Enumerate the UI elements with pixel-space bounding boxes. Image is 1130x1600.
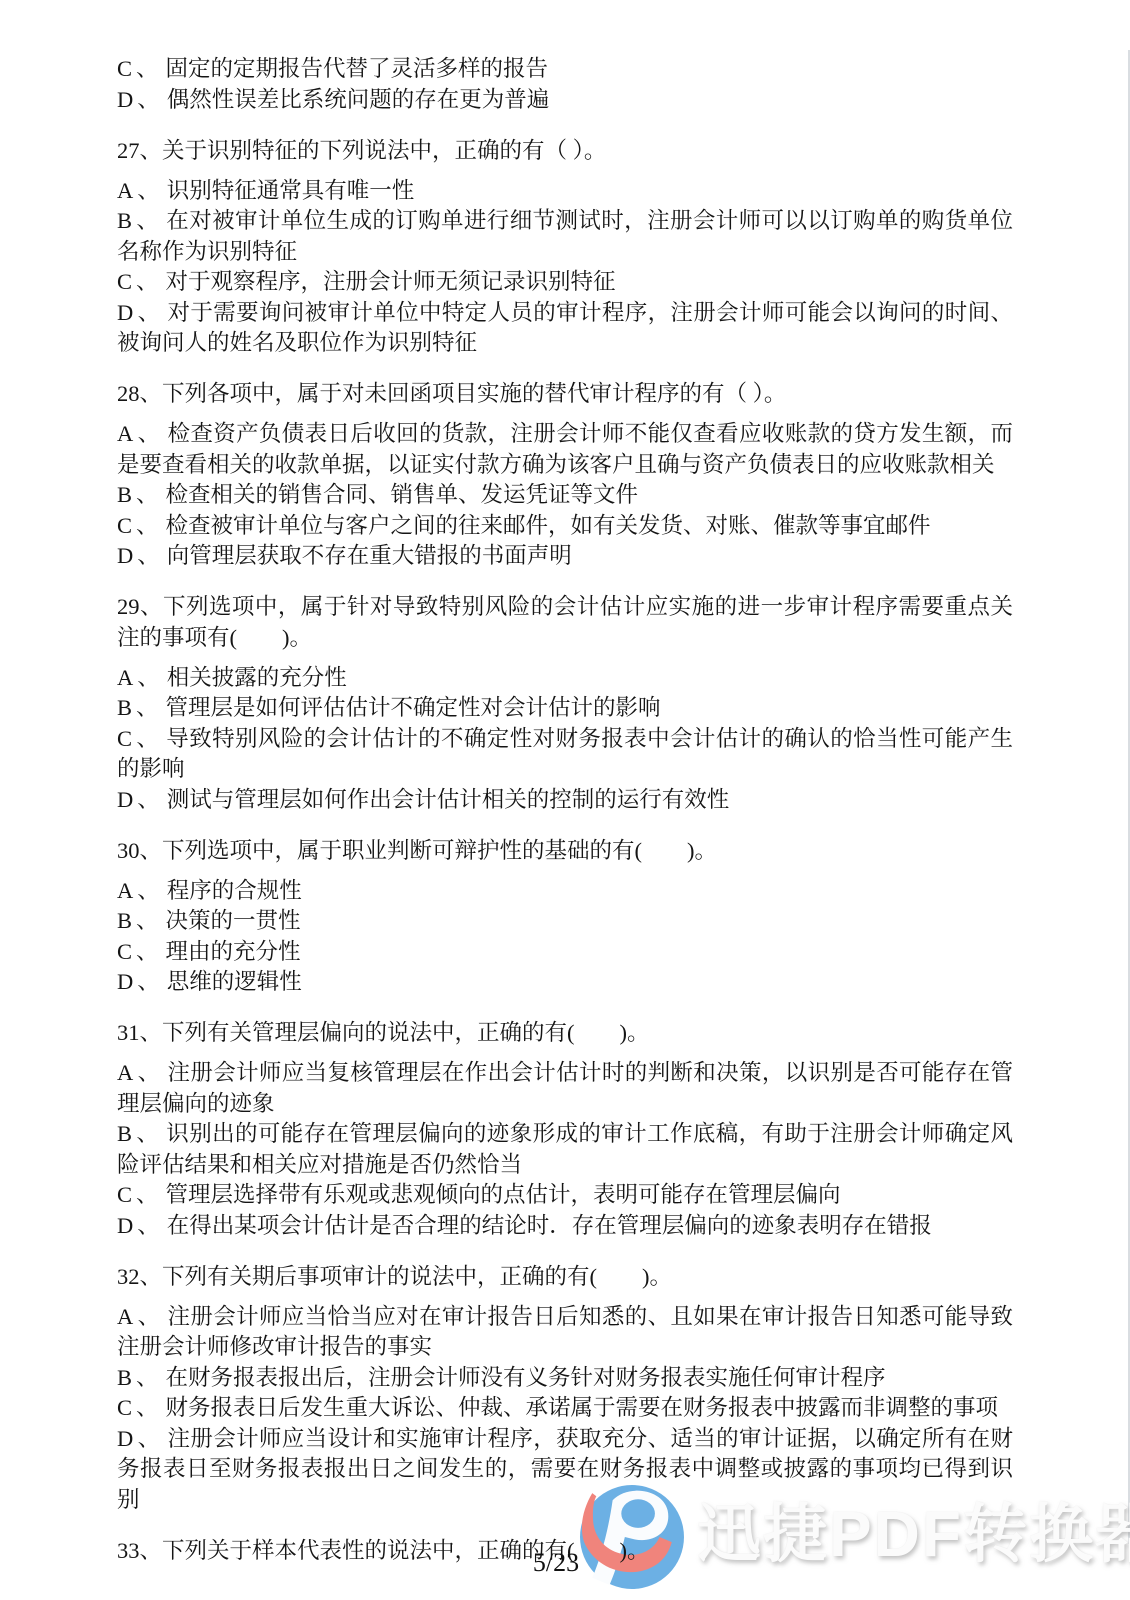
option-label: B、 (117, 1365, 163, 1390)
option-label: C、 (117, 939, 163, 964)
question-stem: 32、下列有关期后事项审计的说法中，正确的有( )。 (117, 1262, 1013, 1293)
option-text: 识别出的可能存在管理层偏向的迹象形成的审计工作底稿，有助于注册会计师确定风险评估… (117, 1121, 1013, 1177)
option-text: 在得出某项会计估计是否合理的结论时．存在管理层偏向的迹象表明存在错报 (167, 1213, 932, 1238)
question-block: 27、关于识别特征的下列说法中，正确的有（ ）。A、识别特征通常具有唯一性B、在… (117, 136, 1013, 359)
option-line: C、固定的定期报告代替了灵活多样的报告 (117, 54, 1013, 85)
option-text: 注册会计师应当复核管理层在作出会计估计时的判断和决策，以识别是否可能存在管理层偏… (117, 1060, 1013, 1116)
option-line: C、检查被审计单位与客户之间的往来邮件，如有关发货、对账、催款等事宜邮件 (117, 511, 1013, 542)
option-label: B、 (117, 482, 163, 507)
option-text: 思维的逻辑性 (167, 969, 302, 994)
option-line: C、对于观察程序，注册会计师无须记录识别特征 (117, 267, 1013, 298)
option-text: 在对被审计单位生成的订购单进行细节测试时，注册会计师可以以订购单的购货单位名称作… (117, 208, 1013, 264)
option-line: A、检查资产负债表日后收回的货款，注册会计师不能仅查看应收账款的贷方发生额，而是… (117, 419, 1013, 480)
option-text: 偶然性误差比系统问题的存在更为普遍 (167, 87, 550, 112)
option-label: C、 (117, 726, 163, 751)
option-line: A、程序的合规性 (117, 876, 1013, 907)
option-text: 财务报表日后发生重大诉讼、仲裁、承诺属于需要在财务报表中披露而非调整的事项 (166, 1395, 999, 1420)
option-text: 检查资产负债表日后收回的货款，注册会计师不能仅查看应收账款的贷方发生额，而是要查… (117, 421, 1013, 477)
option-label: D、 (117, 87, 164, 112)
option-line: C、财务报表日后发生重大诉讼、仲裁、承诺属于需要在财务报表中披露而非调整的事项 (117, 1393, 1013, 1424)
question-block: 31、下列有关管理层偏向的说法中，正确的有( )。A、注册会计师应当复核管理层在… (117, 1018, 1013, 1241)
question-block: 29、下列选项中，属于针对导致特别风险的会计估计应实施的进一步审计程序需要重点关… (117, 592, 1013, 815)
page-number: 5/23 (0, 1548, 1112, 1578)
option-label: A、 (117, 421, 164, 446)
option-text: 向管理层获取不存在重大错报的书面声明 (167, 543, 572, 568)
option-label: A、 (117, 665, 164, 690)
option-line: C、导致特别风险的会计估计的不确定性对财务报表中会计估计的确认的恰当性可能产生的… (117, 724, 1013, 785)
option-line: B、识别出的可能存在管理层偏向的迹象形成的审计工作底稿，有助于注册会计师确定风险… (117, 1119, 1013, 1180)
option-line: C、管理层选择带有乐观或悲观倾向的点估计，表明可能存在管理层偏向 (117, 1180, 1013, 1211)
option-line: B、检查相关的销售合同、销售单、发运凭证等文件 (117, 480, 1013, 511)
question-block: 32、下列有关期后事项审计的说法中，正确的有( )。A、注册会计师应当恰当应对在… (117, 1262, 1013, 1516)
option-text: 决策的一贯性 (166, 908, 301, 933)
option-text: 测试与管理层如何作出会计估计相关的控制的运行有效性 (167, 787, 730, 812)
option-label: C、 (117, 1182, 163, 1207)
option-line: D、在得出某项会计估计是否合理的结论时．存在管理层偏向的迹象表明存在错报 (117, 1211, 1013, 1242)
option-line: B、管理层是如何评估估计不确定性对会计估计的影响 (117, 693, 1013, 724)
option-text: 对于需要询问被审计单位中特定人员的审计程序，注册会计师可能会以询问的时间、被询问… (117, 300, 1013, 356)
option-line: B、在对被审计单位生成的订购单进行细节测试时，注册会计师可以以订购单的购货单位名… (117, 206, 1013, 267)
option-text: 理由的充分性 (166, 939, 301, 964)
option-text: 固定的定期报告代替了灵活多样的报告 (166, 56, 549, 81)
option-line: D、向管理层获取不存在重大错报的书面声明 (117, 541, 1013, 572)
option-label: D、 (117, 787, 164, 812)
option-label: B、 (117, 1121, 163, 1146)
document-page: 迅捷PDF转换器 C、固定的定期报告代替了灵活多样的报告D、偶然性误差比系统问题… (0, 0, 1130, 1600)
option-text: 注册会计师应当恰当应对在审计报告日后知悉的、且如果在审计报告日知悉可能导致注册会… (117, 1304, 1013, 1360)
option-text: 管理层选择带有乐观或悲观倾向的点估计，表明可能存在管理层偏向 (166, 1182, 841, 1207)
option-text: 在财务报表报出后，注册会计师没有义务针对财务报表实施任何审计程序 (166, 1365, 886, 1390)
option-text: 检查相关的销售合同、销售单、发运凭证等文件 (166, 482, 639, 507)
question-stem: 27、关于识别特征的下列说法中，正确的有（ ）。 (117, 136, 1013, 167)
option-line: D、注册会计师应当设计和实施审计程序，获取充分、适当的审计证据，以确定所有在财务… (117, 1424, 1013, 1516)
option-text: 对于观察程序，注册会计师无须记录识别特征 (166, 269, 616, 294)
question-block: 28、下列各项中，属于对未回函项目实施的替代审计程序的有（ ）。A、检查资产负债… (117, 379, 1013, 572)
option-label: A、 (117, 878, 164, 903)
option-text: 相关披露的充分性 (167, 665, 347, 690)
option-line: B、决策的一贯性 (117, 906, 1013, 937)
question-list: C、固定的定期报告代替了灵活多样的报告D、偶然性误差比系统问题的存在更为普遍27… (117, 54, 1013, 1587)
option-label: A、 (117, 1304, 164, 1329)
option-text: 注册会计师应当设计和实施审计程序，获取充分、适当的审计证据，以确定所有在财务报表… (117, 1426, 1013, 1512)
option-line: A、相关披露的充分性 (117, 663, 1013, 694)
option-text: 导致特别风险的会计估计的不确定性对财务报表中会计估计的确认的恰当性可能产生的影响 (117, 726, 1013, 782)
option-line: D、偶然性误差比系统问题的存在更为普遍 (117, 85, 1013, 116)
option-line: D、测试与管理层如何作出会计估计相关的控制的运行有效性 (117, 785, 1013, 816)
option-text: 检查被审计单位与客户之间的往来邮件，如有关发货、对账、催款等事宜邮件 (166, 513, 931, 538)
question-stem: 31、下列有关管理层偏向的说法中，正确的有( )。 (117, 1018, 1013, 1049)
option-line: D、对于需要询问被审计单位中特定人员的审计程序，注册会计师可能会以询问的时间、被… (117, 298, 1013, 359)
option-label: C、 (117, 56, 163, 81)
question-stem: 30、下列选项中，属于职业判断可辩护性的基础的有( )。 (117, 836, 1013, 867)
option-line: C、理由的充分性 (117, 937, 1013, 968)
option-text: 程序的合规性 (167, 878, 302, 903)
option-line: B、在财务报表报出后，注册会计师没有义务针对财务报表实施任何审计程序 (117, 1363, 1013, 1394)
option-label: B、 (117, 208, 163, 233)
option-line: A、注册会计师应当恰当应对在审计报告日后知悉的、且如果在审计报告日知悉可能导致注… (117, 1302, 1013, 1363)
option-line: D、思维的逻辑性 (117, 967, 1013, 998)
option-label: C、 (117, 513, 163, 538)
option-label: D、 (117, 543, 164, 568)
option-label: C、 (117, 269, 163, 294)
option-label: D、 (117, 1426, 164, 1451)
option-label: D、 (117, 1213, 164, 1238)
option-line: A、识别特征通常具有唯一性 (117, 176, 1013, 207)
question-stem: 28、下列各项中，属于对未回函项目实施的替代审计程序的有（ ）。 (117, 379, 1013, 410)
question-block: C、固定的定期报告代替了灵活多样的报告D、偶然性误差比系统问题的存在更为普遍 (117, 54, 1013, 115)
question-stem: 29、下列选项中，属于针对导致特别风险的会计估计应实施的进一步审计程序需要重点关… (117, 592, 1013, 653)
option-label: D、 (117, 300, 164, 325)
option-label: A、 (117, 1060, 164, 1085)
question-block: 30、下列选项中，属于职业判断可辩护性的基础的有( )。A、程序的合规性B、决策… (117, 836, 1013, 998)
option-text: 识别特征通常具有唯一性 (167, 178, 415, 203)
option-line: A、注册会计师应当复核管理层在作出会计估计时的判断和决策，以识别是否可能存在管理… (117, 1058, 1013, 1119)
option-text: 管理层是如何评估估计不确定性对会计估计的影响 (166, 695, 661, 720)
option-label: B、 (117, 908, 163, 933)
option-label: C、 (117, 1395, 163, 1420)
option-label: A、 (117, 178, 164, 203)
option-label: B、 (117, 695, 163, 720)
option-label: D、 (117, 969, 164, 994)
